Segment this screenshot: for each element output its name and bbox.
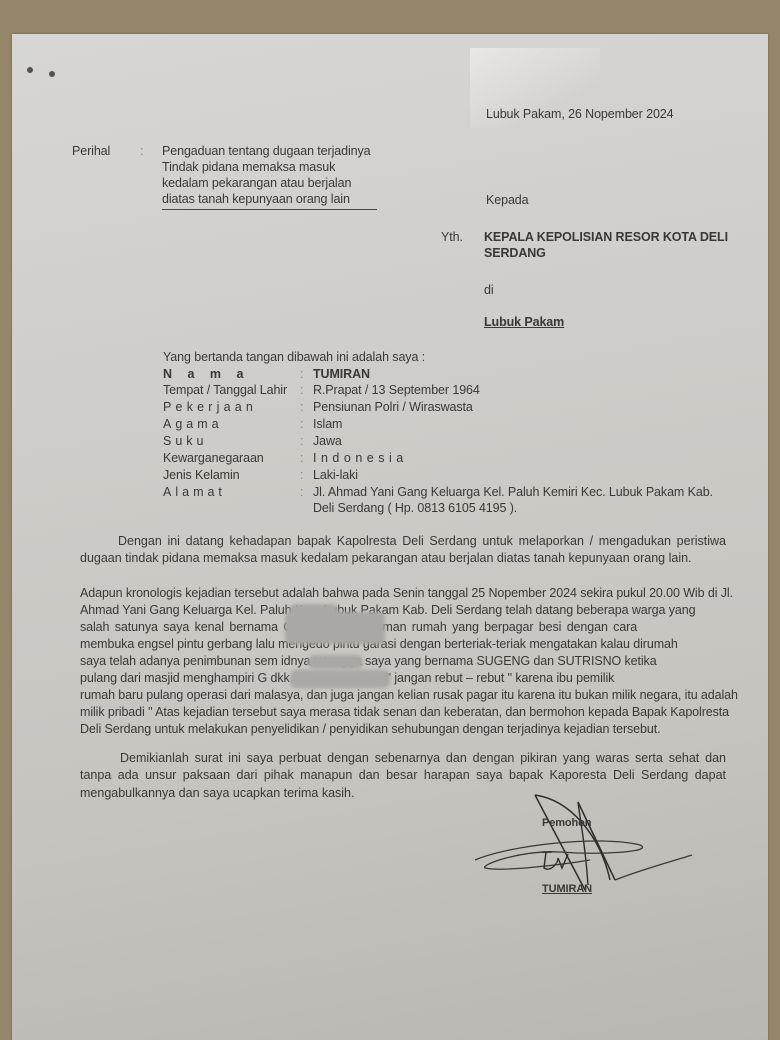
field-value-agama: Islam <box>313 416 342 433</box>
field-colon: : <box>300 484 303 501</box>
field-label-agama: Agama <box>163 416 223 433</box>
redacted-patch <box>285 612 385 644</box>
chronology-line-7: rumah baru pulang operasi dari malasya, … <box>80 687 738 704</box>
field-label-jenis-kelamin: Jenis Kelamin <box>163 467 240 484</box>
field-value-kewarganegaraan: Indonesia <box>313 450 408 467</box>
perihal-label: Perihal <box>72 143 110 160</box>
perihal-line-2: Tindak pidana memaksa masuk <box>162 159 335 176</box>
chronology-line-5: saya telah adanya penimbunan sem idnya t… <box>80 653 657 670</box>
place-date: Lubuk Pakam, 26 Nopember 2024 <box>486 106 674 123</box>
signature-name: TUMIRAN <box>542 881 592 898</box>
chronology-line-1: Adapun kronologis kejadian tersebut adal… <box>80 585 733 602</box>
perihal-line-4: diatas tanah kepunyaan orang lain <box>162 191 350 208</box>
field-value-nama: TUMIRAN <box>313 366 370 383</box>
kepada-label: Kepada <box>486 192 529 209</box>
field-label-nama: N a m a <box>163 366 249 383</box>
field-label-kewarganegaraan: Kewarganegaraan <box>163 450 264 467</box>
chronology-line-8: milik pribadi " Atas kejadian tersebut s… <box>80 704 729 721</box>
field-colon: : <box>300 450 303 467</box>
redacted-patch <box>308 655 363 669</box>
identity-intro: Yang bertanda tangan dibawah ini adalah … <box>163 349 425 366</box>
field-value-alamat-2: Deli Serdang ( Hp. 0813 6105 4195 ). <box>313 500 517 517</box>
field-label-ttl: Tempat / Tanggal Lahir <box>163 382 287 399</box>
staple-marks <box>27 65 67 77</box>
field-colon: : <box>300 416 303 433</box>
field-value-pekerjaan: Pensiunan Polri / Wiraswasta <box>313 399 473 416</box>
field-value-suku: Jawa <box>313 433 342 450</box>
field-colon: : <box>300 382 303 399</box>
perihal-underline <box>162 209 377 210</box>
perihal-colon: : <box>140 143 143 160</box>
field-label-alamat: Alamat <box>163 484 226 501</box>
field-value-jenis-kelamin: Laki-laki <box>313 467 358 484</box>
field-colon: : <box>300 366 303 383</box>
field-colon: : <box>300 467 303 484</box>
field-label-pekerjaan: Pekerjaan <box>163 399 257 416</box>
recipient-line-1: KEPALA KEPOLISIAN RESOR KOTA DELI <box>484 229 728 246</box>
perihal-line-3: kedalam pekarangan atau berjalan <box>162 175 351 192</box>
recipient-line-2: SERDANG <box>484 245 546 262</box>
field-value-alamat: Jl. Ahmad Yani Gang Keluarga Kel. Paluh … <box>313 484 713 501</box>
chronology-line-9: Deli Serdang untuk melakukan penyelidika… <box>80 721 661 738</box>
perihal-line-1: Pengaduan tentang dugaan terjadinya <box>162 143 371 160</box>
redacted-patch <box>290 670 390 688</box>
yth-label: Yth. <box>441 229 463 246</box>
field-colon: : <box>300 399 303 416</box>
field-colon: : <box>300 433 303 450</box>
di-label: di <box>484 282 494 299</box>
recipient-location: Lubuk Pakam <box>484 314 564 331</box>
signature-role: Pemohon <box>542 815 591 832</box>
field-label-suku: Suku <box>163 433 208 450</box>
chronology-line-2: Ahmad Yani Gang Keluarga Kel. Paluh Kem … <box>80 602 695 619</box>
paragraph-opening: Dengan ini datang kehadapan bapak Kapolr… <box>80 533 726 568</box>
field-value-ttl: R.Prapat / 13 September 1964 <box>313 382 480 399</box>
